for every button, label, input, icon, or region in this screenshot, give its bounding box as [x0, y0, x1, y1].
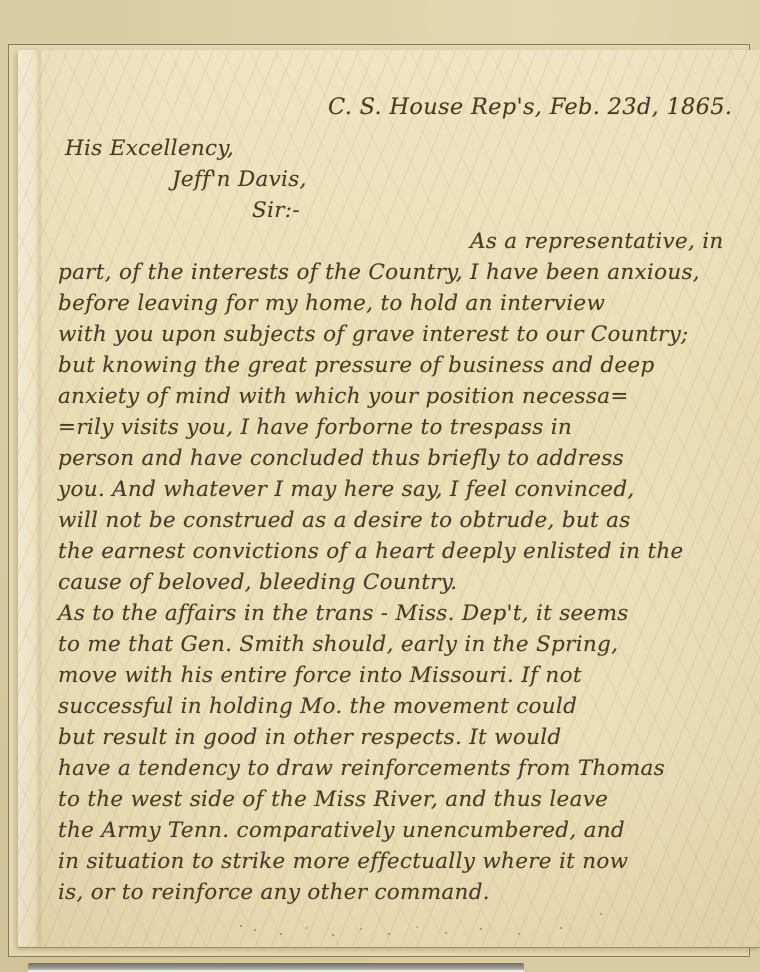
letter-line: cause of beloved, bleeding Country. [20, 567, 754, 598]
letter-line: Sir:- [20, 195, 754, 226]
letter-line: you. And whatever I may here say, I feel… [20, 474, 754, 505]
letter-line: part, of the interests of the Country, I… [20, 257, 754, 288]
letter-line: Jeff'n Davis, [20, 164, 754, 195]
letter-line: As a representative, in [20, 226, 754, 257]
letter-line: move with his entire force into Missouri… [20, 660, 754, 691]
letter-line: anxiety of mind with which your position… [20, 381, 754, 412]
letter-line: the Army Tenn. comparatively unencumbere… [20, 815, 754, 846]
ink-specks [240, 925, 242, 927]
letter-line: is, or to reinforce any other command. [20, 877, 754, 908]
letter-line: have a tendency to draw reinforcements f… [20, 753, 754, 784]
scanned-letter-page: { "document": { "kind": "handwritten let… [0, 0, 760, 972]
letter-line: C. S. House Rep's, Feb. 23d, 1865. [20, 92, 754, 123]
letter-line: before leaving for my home, to hold an i… [20, 288, 754, 319]
letter-line: His Excellency, [20, 133, 754, 164]
letter-line: in situation to strike more effectually … [20, 846, 754, 877]
letter-line: As to the affairs in the trans - Miss. D… [20, 598, 754, 629]
letter-line: successful in holding Mo. the movement c… [20, 691, 754, 722]
letter-line: to the west side of the Miss River, and … [20, 784, 754, 815]
letter-line: with you upon subjects of grave interest… [20, 319, 754, 350]
letter-line: person and have concluded thus briefly t… [20, 443, 754, 474]
letter-line: but result in good in other respects. It… [20, 722, 754, 753]
letter-line: to me that Gen. Smith should, early in t… [20, 629, 754, 660]
letter-line: will not be construed as a desire to obt… [20, 505, 754, 536]
scan-edge-artifact [28, 963, 524, 970]
letter-text-block: C. S. House Rep's, Feb. 23d, 1865.His Ex… [20, 92, 754, 908]
letter-line: =rily visits you, I have forborne to tre… [20, 412, 754, 443]
letter-line: but knowing the great pressure of busine… [20, 350, 754, 381]
letter-line: the earnest convictions of a heart deepl… [20, 536, 754, 567]
